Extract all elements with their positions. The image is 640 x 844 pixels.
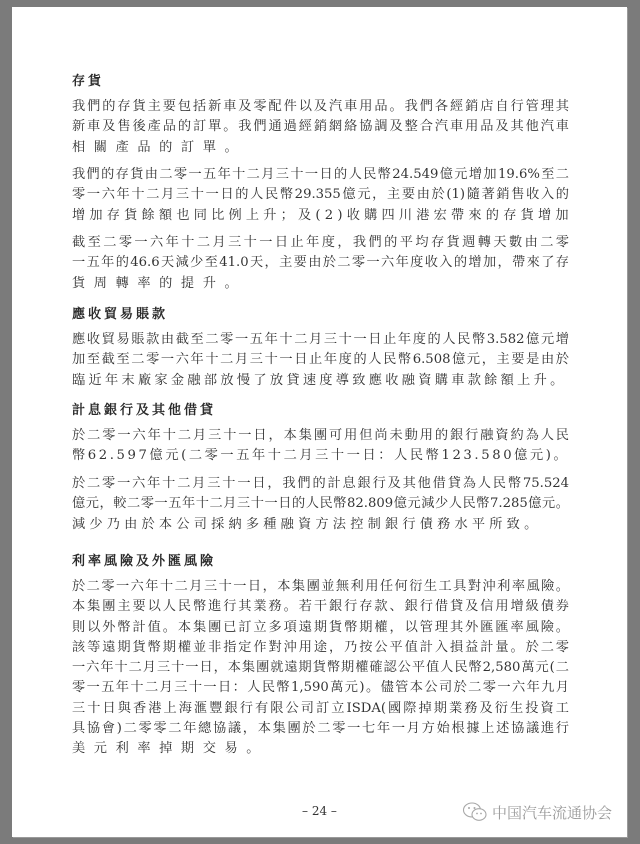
text-line: 應收貿易賬款由截至二零一五年十二月三十一日止年度的人民幣3.582億元增 [72, 330, 569, 350]
text-line: 具協會)二零零二年總協議，本集團於二零一七年一月方始根據上述協議進行 [72, 719, 569, 739]
paragraph-unused-facilities: 於二零一六年十二月三十一日，本集團可用但尚未動用的銀行融資約為人民 幣62.59… [72, 426, 569, 467]
text-line: 零一五年十二月三十一日：人民幣1,590萬元)。儘管本公司於二零一六年九月 [72, 678, 569, 698]
watermark-text: 中国汽车流通协会 [492, 802, 612, 823]
paragraph-inventory-composition: 我們的存貨主要包括新車及零配件以及汽車用品。我們各經銷店自行管理其 新車及售後產… [72, 97, 569, 158]
text-line: 減少乃由於本公司採納多種融資方法控制銀行債務水平所致。 [72, 515, 569, 535]
text-line: 幣62.597億元(二零一五年十二月三十一日：人民幣123.580億元)。 [72, 446, 569, 466]
text-line: 本集團主要以人民幣進行其業務。若干銀行存款、銀行借貸及信用增級債券 [72, 597, 569, 617]
section-heading-interest-fx-risk: 利率風險及外匯風險 [72, 550, 216, 569]
paragraph-trade-receivables: 應收貿易賬款由截至二零一五年十二月三十一日止年度的人民幣3.582億元增 加至截… [72, 330, 569, 391]
paragraph-interest-fx-risk: 於二零一六年十二月三十一日，本集團並無利用任何衍生工具對沖利率風險。 本集團主要… [72, 577, 569, 760]
text-line: 增加存貨餘額也同比例上升；及(2)收購四川港宏帶來的存貨增加。 [72, 206, 569, 226]
text-line: 新車及售後產品的訂單。我們通過經銷網絡協調及整合汽車用品及其他汽車 [72, 117, 569, 137]
text-line: 貨周轉率的提升。 [72, 274, 569, 294]
watermark: 中国汽车流通协会 [462, 801, 612, 823]
text-line: 一五年的46.6天減少至41.0天，主要由於二零一六年度收入的增加，帶來了存 [72, 253, 569, 273]
text-line: 一六年十二月三十一日，本集團就遠期貨幣期權確認公平值人民幣2,580萬元(二 [72, 658, 569, 678]
text-line: 零一六年十二月三十一日的人民幣29.355億元，主要由於(1)隨著銷售收入的 [72, 185, 569, 205]
text-line: 相關產品的訂單。 [72, 138, 569, 158]
section-heading-trade-receivables: 應收貿易賬款 [72, 303, 168, 322]
text-line: 於二零一六年十二月三十一日，本集團可用但尚未動用的銀行融資約為人民 [72, 426, 569, 446]
text-line: 我們的存貨由二零一五年十二月三十一日的人民幣24.549億元增加19.6%至二 [72, 165, 569, 185]
document-page: 存貨 我們的存貨主要包括新車及零配件以及汽車用品。我們各經銷店自行管理其 新車及… [12, 7, 627, 837]
text-line: 我們的存貨主要包括新車及零配件以及汽車用品。我們各經銷店自行管理其 [72, 97, 569, 117]
text-line: 截至二零一六年十二月三十一日止年度，我們的平均存貨週轉天數由二零 [72, 233, 569, 253]
paragraph-borrowings-balance: 於二零一六年十二月三十一日，我們的計息銀行及其他借貸為人民幣75.524 億元，… [72, 474, 569, 535]
paragraph-inventory-increase: 我們的存貨由二零一五年十二月三十一日的人民幣24.549億元增加19.6%至二 … [72, 165, 569, 226]
text-line: 該等遠期貨幣期權並非指定作對沖用途，乃按公平值計入損益計量。於二零 [72, 638, 569, 658]
text-line: 美元利率掉期交易。 [72, 739, 569, 759]
paragraph-inventory-turnover: 截至二零一六年十二月三十一日止年度，我們的平均存貨週轉天數由二零 一五年的46.… [72, 233, 569, 294]
text-line: 於二零一六年十二月三十一日，我們的計息銀行及其他借貸為人民幣75.524 [72, 474, 569, 494]
text-line: 臨近年末廠家金融部放慢了放貸速度導致應收融資購車款餘額上升。 [72, 371, 569, 391]
section-heading-borrowings: 計息銀行及其他借貸 [72, 399, 216, 418]
wechat-icon [462, 801, 488, 823]
text-line: 三十日與香港上海滙豐銀行有限公司訂立ISDA(國際掉期業務及衍生投資工 [72, 699, 569, 719]
text-line: 加至截至二零一六年十二月三十一日止年度的人民幣6.508億元，主要是由於 [72, 350, 569, 370]
page-number: – 24 – [302, 804, 337, 818]
text-line: 則以外幣計值。本集團已訂立多項遠期貨幣期權，以管理其外匯匯率風險。 [72, 618, 569, 638]
text-line: 於二零一六年十二月三十一日，本集團並無利用任何衍生工具對沖利率風險。 [72, 577, 569, 597]
section-heading-inventory: 存貨 [72, 70, 104, 89]
text-line: 億元，較二零一五年十二月三十一日的人民幣82.809億元減少人民幣7.285億元… [72, 494, 569, 514]
